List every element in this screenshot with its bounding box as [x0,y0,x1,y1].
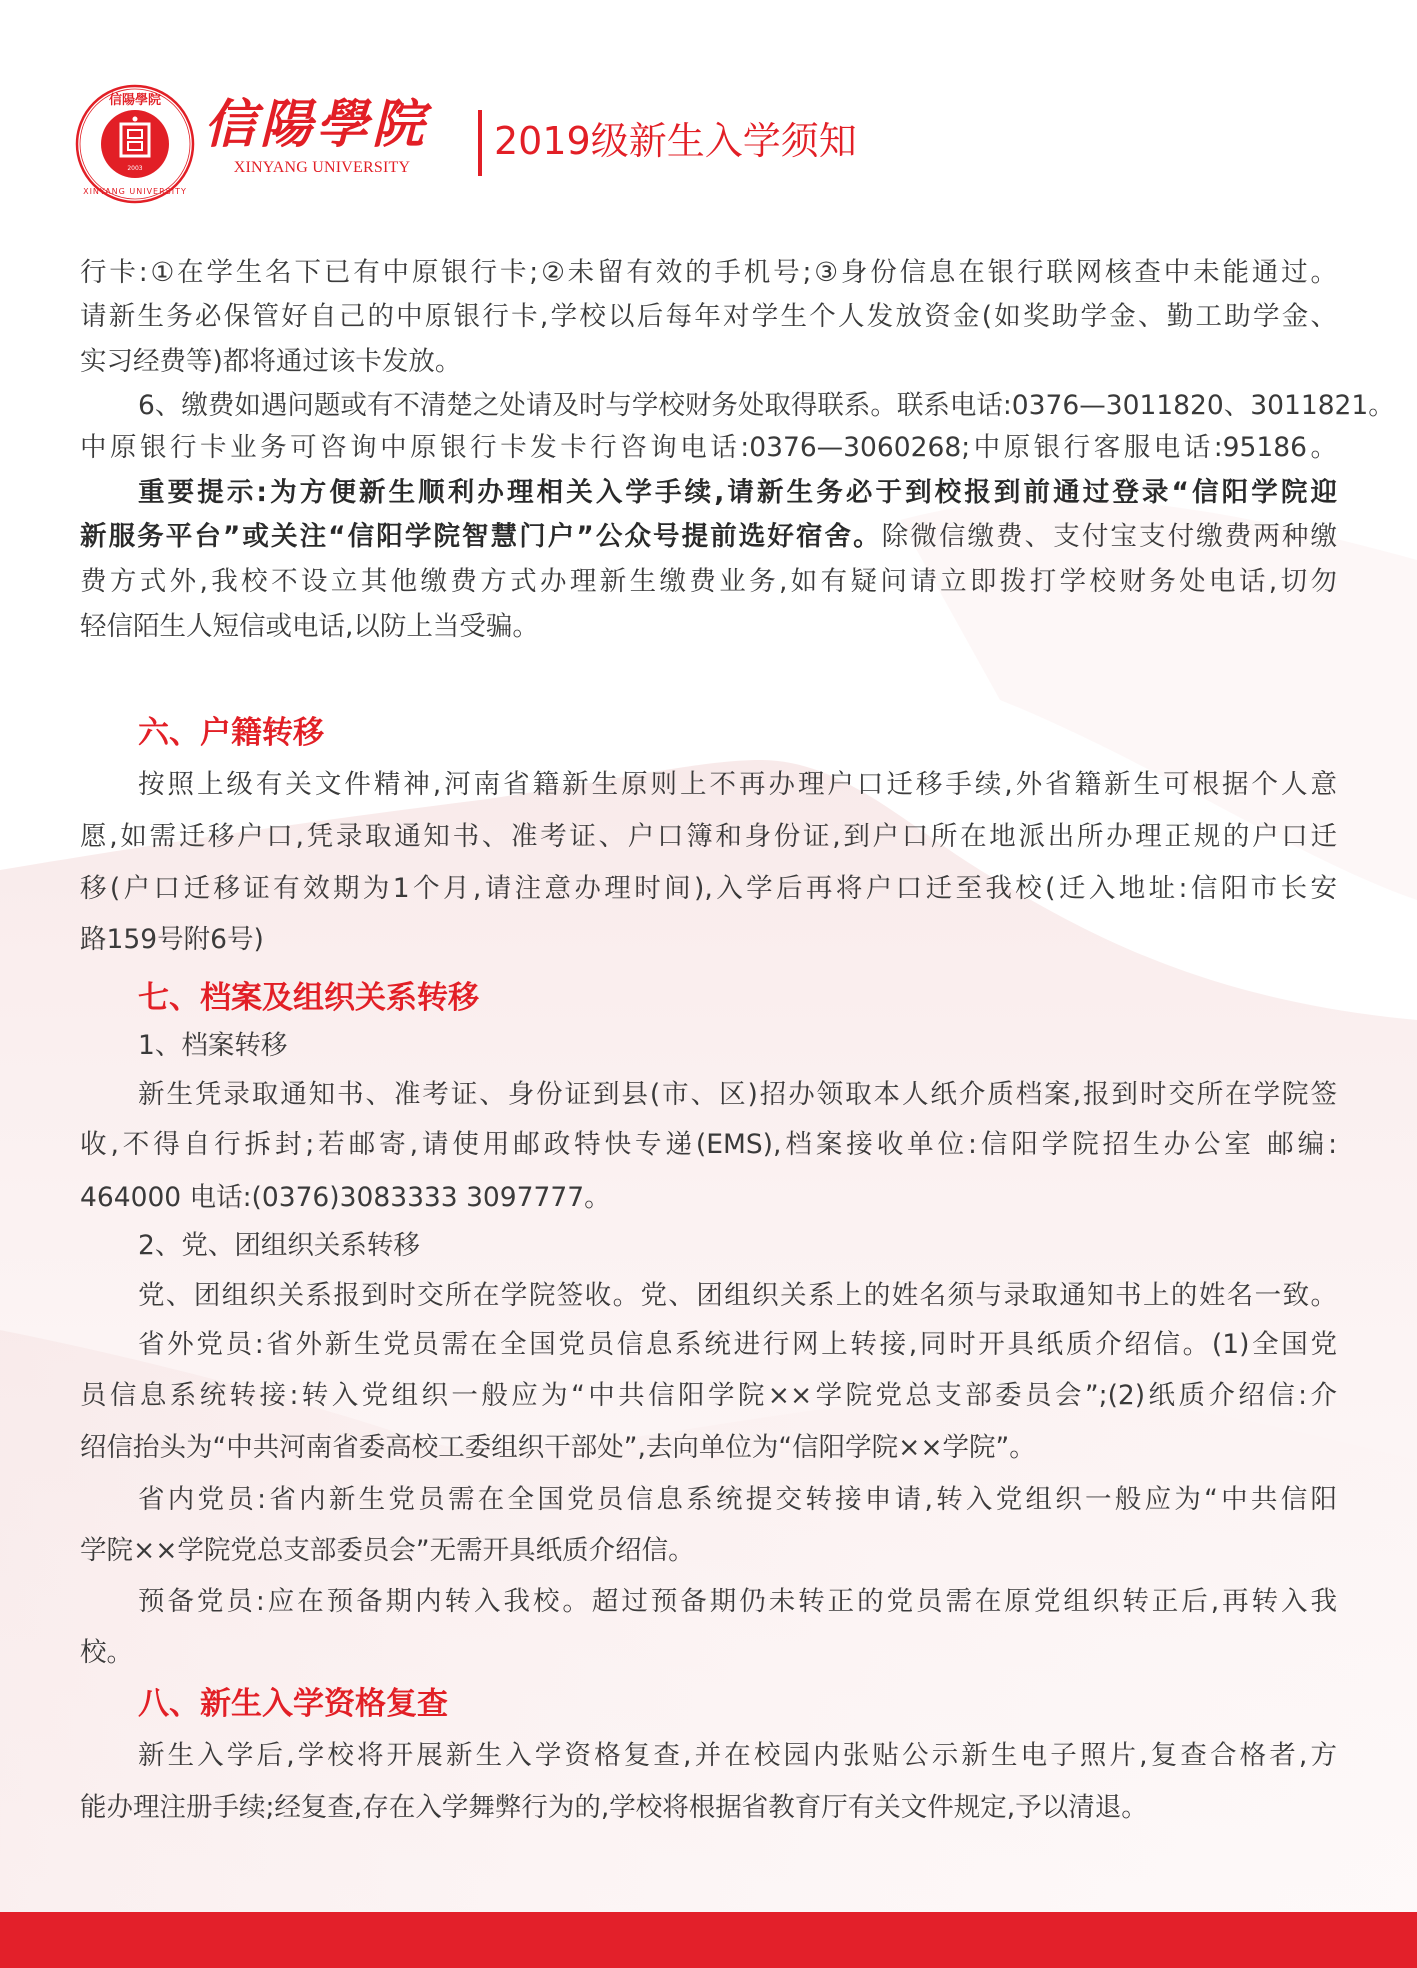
section-heading: 八、新生入学资格复查 [138,1683,448,1725]
paragraph-line: 请新生务必保管好自己的中原银行卡,学校以后每年对学生个人发放资金(如奖助学金、勤… [80,299,1337,335]
paragraph-line: 6、缴费如遇问题或有不清楚之处请及时与学校财务处取得联系。联系电话:0376—3… [138,388,1337,424]
svg-text:XINYANG UNIVERSITY: XINYANG UNIVERSITY [83,187,187,196]
important-notice-rest: 除微信缴费、支付宝支付缴费两种缴 [882,521,1337,552]
paragraph-line: 新生凭录取通知书、准考证、身份证到县(市、区)招办领取本人纸介质档案,报到时交所… [138,1077,1337,1113]
header-divider [478,110,482,176]
paragraph-line: 校。 [80,1635,1337,1671]
svg-text:2003: 2003 [127,165,142,172]
paragraph-line: 员信息系统转接:转入党组织一般应为“中共信阳学院××学院党总支部委员会”;(2)… [80,1378,1337,1414]
important-notice-line: 重要提示:为方便新生顺利办理相关入学手续,请新生务必于到校报到前通过登录“信阳学… [138,475,1337,511]
paragraph-line: 费方式外,我校不设立其他缴费方式办理新生缴费业务,如有疑问请立即拨打学校财务处电… [80,564,1337,600]
paragraph-line: 按照上级有关文件精神,河南省籍新生原则上不再办理户口迁移手续,外省籍新生可根据个… [138,767,1337,803]
paragraph-line: 收,不得自行拆封;若邮寄,请使用邮政特快专递(EMS),档案接收单位:信阳学院招… [80,1127,1337,1163]
paragraph-line: 中原银行卡业务可咨询中原银行卡发卡行咨询电话:0376—3060268;中原银行… [80,430,1337,466]
paragraph-line: 绍信抬头为“中共河南省委高校工委组织干部处”,去向单位为“信阳学院××学院”。 [80,1430,1337,1466]
section-heading: 六、户籍转移 [138,712,324,754]
important-notice-line: 新服务平台”或关注“信阳学院智慧门户”公众号提前选好宿舍。除微信缴费、支付宝支付… [80,519,1337,555]
svg-text:信陽學院: 信陽學院 [109,92,161,108]
paragraph-line: 行卡:①在学生名下已有中原银行卡;②未留有效的手机号;③身份信息在银行联网核查中… [80,255,1337,291]
paragraph-line: 预备党员:应在预备期内转入我校。超过预备期仍未转正的党员需在原党组织转正后,再转… [138,1584,1337,1620]
university-name-english: XINYANG UNIVERSITY [232,158,412,178]
paragraph-line: 愿,如需迁移户口,凭录取通知书、准考证、户口簿和身份证,到户口所在地派出所办理正… [80,819,1337,855]
university-name-calligraphy: 信陽學院 [204,92,436,158]
subheading: 2、党、团组织关系转移 [138,1228,1337,1264]
paragraph-line: 移(户口迁移证有效期为1个月,请注意办理时间),入学后再将户口迁至我校(迁入地址… [80,871,1337,907]
paragraph-line: 省内党员:省内新生党员需在全国党员信息系统提交转接申请,转入党组织一般应为“中共… [138,1482,1337,1518]
footer-red-bar [0,1912,1417,1968]
paragraph-line: 实习经费等)都将通过该卡发放。 [80,344,1337,380]
paragraph-line: 新生入学后,学校将开展新生入学资格复查,并在校园内张贴公示新生电子照片,复查合格… [138,1738,1337,1774]
paragraph-line: 省外党员:省外新生党员需在全国党员信息系统进行网上转接,同时开具纸质介绍信。(1… [138,1327,1337,1363]
subheading: 1、档案转移 [138,1028,1337,1064]
page-title: 2019级新生入学须知 [494,116,857,166]
section-heading: 七、档案及组织关系转移 [138,977,479,1019]
important-notice-bold: 新服务平台”或关注“信阳学院智慧门户”公众号提前选好宿舍。 [80,521,882,552]
paragraph-line: 路159号附6号) [80,922,1337,958]
paragraph-line: 能办理注册手续;经复查,存在入学舞弊行为的,学校将根据省教育厅有关文件规定,予以… [80,1790,1337,1826]
university-seal-icon: 2003 信陽學院 XINYANG UNIVERSITY [75,84,195,204]
paragraph-line: 党、团组织关系报到时交所在学院签收。党、团组织关系上的姓名须与录取通知书上的姓名… [138,1278,1337,1314]
paragraph-line: 学院××学院党总支部委员会”无需开具纸质介绍信。 [80,1533,1337,1569]
paragraph-line: 464000 电话:(0376)3083333 3097777。 [80,1180,1337,1216]
paragraph-line: 轻信陌生人短信或电话,以防上当受骗。 [80,609,1337,645]
